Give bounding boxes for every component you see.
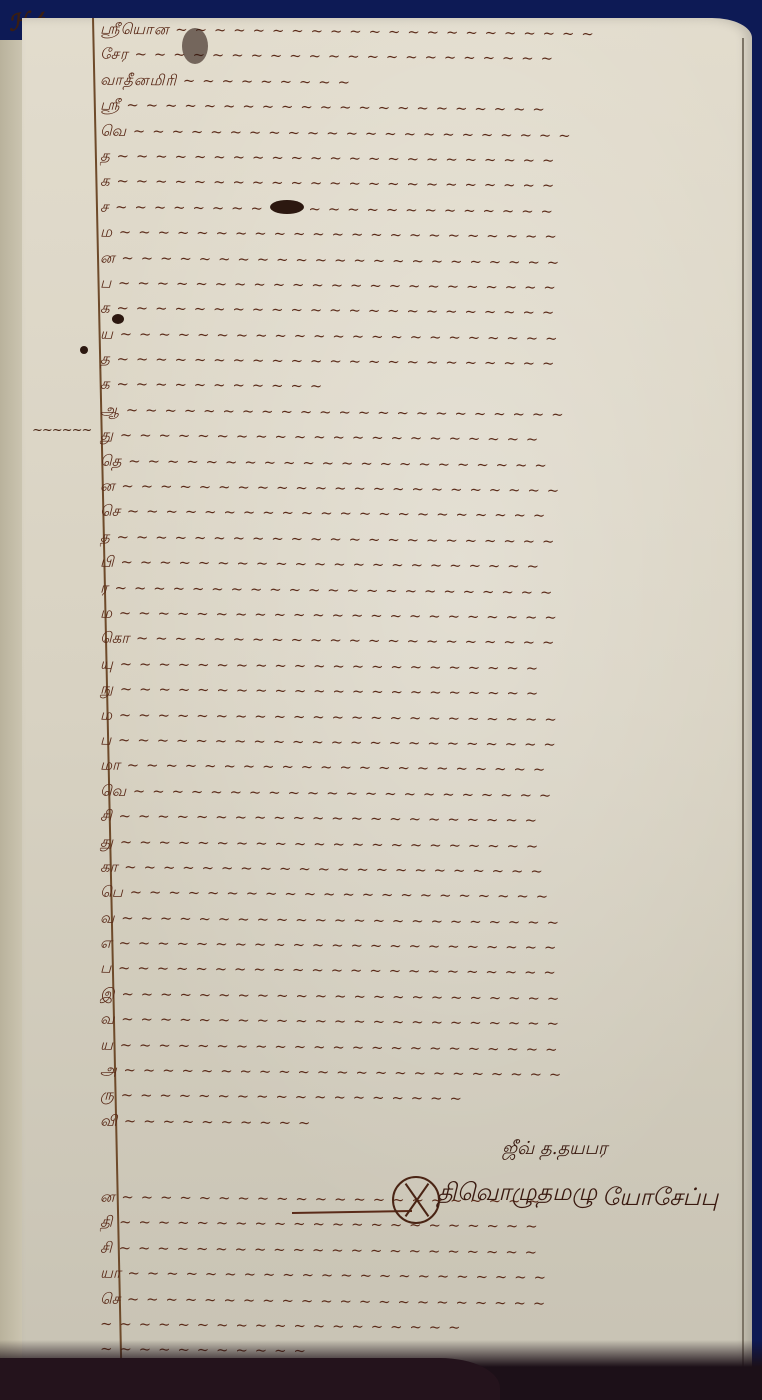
manuscript-text: ஸ்ரீயொன ~ ~ ~ ~ ~ ~ ~ ~ ~ ~ ~ ~ ~ ~ ~ ~ … (100, 20, 738, 1366)
seal-mark (392, 1176, 440, 1224)
ink-blot (270, 200, 304, 214)
signature-top: ஜீவ் த.தயபர (502, 1138, 607, 1161)
signature-right: யோசேப்பு (602, 1183, 718, 1214)
signature-left: திவொழுதமழு (437, 1178, 597, 1209)
ink-blot (182, 28, 208, 64)
ink-blot (112, 314, 124, 324)
book-cover-edge (0, 1358, 500, 1400)
ink-blot (80, 346, 88, 354)
margin-note: ~~~~~~ (32, 423, 91, 438)
page-edge (742, 38, 744, 1378)
manuscript-page: ~~~~~~ ஸ்ரீயொன ~ ~ ~ ~ ~ ~ ~ ~ ~ ~ ~ ~ ~… (22, 18, 752, 1378)
